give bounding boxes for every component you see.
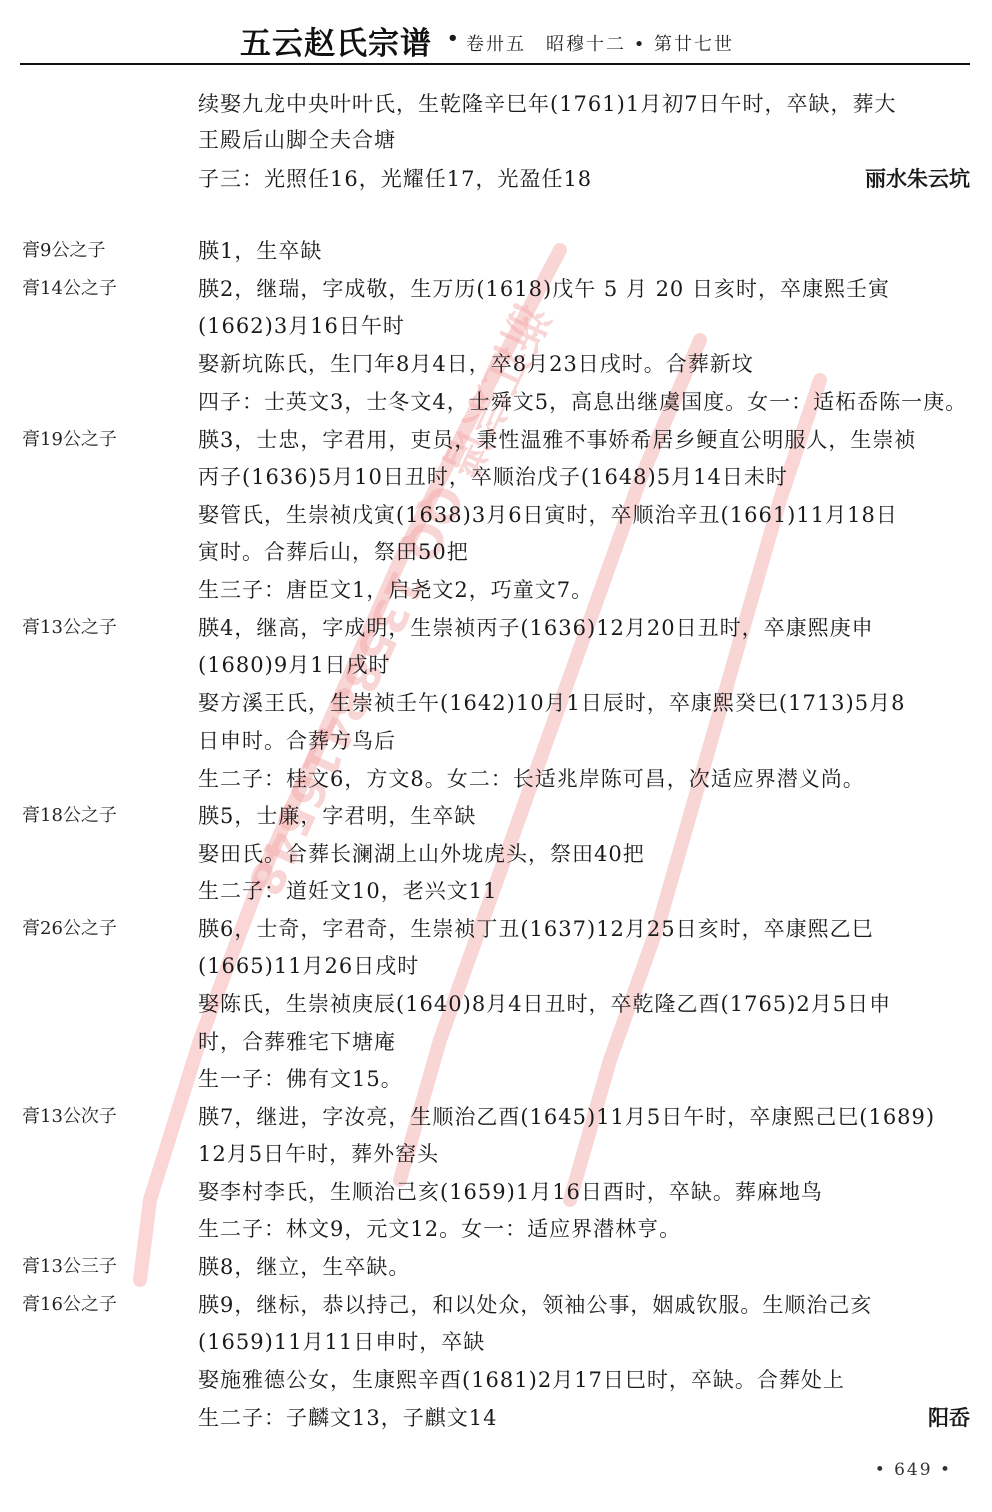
text-line: 12月5日午时，葬外窑头 <box>198 1138 439 1170</box>
header-rule <box>20 63 970 65</box>
text-line: 生三子：唐臣文1，启尧文2，巧童文7。 <box>198 574 593 606</box>
lineage-label: 膏19公之子 <box>22 424 117 456</box>
watermark: 浙江宗谱 QQ 13588416548 <box>0 0 992 1512</box>
text-line: 朠8，继立，生卒缺。 <box>198 1251 410 1283</box>
page-number: • 649 • <box>875 1460 952 1480</box>
text-line: 朠6，士奇，字君奇，生崇祯丁丑(1637)12月25日亥时，卒康熙乙巳 <box>198 913 874 945</box>
text-line: 娶施雅德公女，生康熙辛酉(1681)2月17日巳时，卒缺。合葬处上 <box>198 1364 845 1396</box>
text-line: (1659)11月11日申时，卒缺 <box>198 1326 485 1358</box>
text-line: 子三：光照任16，光耀任17，光盈任18 <box>198 163 592 195</box>
text-line: 生二子：子麟文13，子麒文14 <box>198 1402 497 1434</box>
title-separator: • <box>447 28 459 49</box>
text-line: 生二子：桂文6，方文8。女二：长适兆岸陈可昌，次适应界潜义尚。 <box>198 763 865 795</box>
lineage-label: 膏26公之子 <box>22 913 117 945</box>
text-line: 娶管氏，生崇祯戊寅(1638)3月6日寅时，卒顺治辛丑(1661)11月18日 <box>198 499 898 531</box>
text-line: 生二子：道妊文10，老兴文11 <box>198 875 497 907</box>
text-line: 朠7，继进，字汝亮，生顺治乙酉(1645)11月5日午时，卒康熙己巳(1689) <box>198 1101 935 1133</box>
text-line: 寅时。合葬后山，祭田50把 <box>198 536 469 568</box>
text-line: 娶陈氏，生崇祯庚辰(1640)8月4日丑时，卒乾隆乙酉(1765)2月5日申 <box>198 988 891 1020</box>
text-line: (1680)9月1日戌时 <box>198 649 391 681</box>
page-subtitle: 卷卅五 昭穆十二 • 第廿七世 <box>466 30 734 56</box>
text-line: 朠1，生卒缺 <box>198 235 322 267</box>
text-line: 朠4，继高，字成明，生崇祯丙子(1636)12月20日丑时，卒康熙庚申 <box>198 612 874 644</box>
lineage-label: 膏14公之子 <box>22 273 117 305</box>
lineage-label: 膏16公之子 <box>22 1289 117 1321</box>
text-line: 日申时。合葬方鸟后 <box>198 725 396 757</box>
lineage-label: 膏9公之子 <box>22 235 105 267</box>
text-line: 朠5，士廉，字君明，生卒缺 <box>198 800 476 832</box>
text-line: 娶李村李氏，生顺治己亥(1659)1月16日酉时，卒缺。葬麻地鸟 <box>198 1176 823 1208</box>
text-line: 娶田氏。合葬长澜湖上山外垅虎头，祭田40把 <box>198 838 645 870</box>
text-line: (1665)11月26日戌时 <box>198 950 419 982</box>
lineage-label: 膏13公之子 <box>22 612 117 644</box>
place-name: 丽水朱云坑 <box>865 163 970 195</box>
page-title: 五云赵氏宗谱 <box>240 18 432 63</box>
lineage-label: 膏13公次子 <box>22 1101 117 1133</box>
page-header: 五云赵氏宗谱 • 卷卅五 昭穆十二 • 第廿七世 <box>0 0 992 66</box>
text-line: (1662)3月16日午时 <box>198 310 405 342</box>
lineage-label: 膏13公三子 <box>22 1251 117 1283</box>
text-line: 四子：士英文3，士冬文4，士舜文5，高息出继虞国度。女一：适柘岙陈一庚。 <box>198 386 967 418</box>
text-line: 朠3，士忠，字君用，吏员，秉性温雅不事娇希居乡鲠直公明服人，生崇祯 <box>198 424 916 456</box>
text-line: 续娶九龙中央叶叶氏，生乾隆辛巳年(1761)1月初7日午时，卒缺，葬大 <box>198 88 897 120</box>
text-line: 朠9，继标，恭以持己，和以处众，领袖公事，姻戚钦服。生顺治己亥 <box>198 1289 872 1321</box>
place-name: 阳岙 <box>928 1402 970 1434</box>
lineage-label: 膏18公之子 <box>22 800 117 832</box>
text-line: 朠2，继瑞，字成敬，生万历(1618)戊午 5 月 20 日亥时，卒康熙壬寅 <box>198 273 890 305</box>
text-line: 生一子：佛有文15。 <box>198 1063 403 1095</box>
text-line: 娶方溪王氏，生崇祯壬午(1642)10月1日辰时，卒康熙癸巳(1713)5月8 <box>198 687 905 719</box>
text-line: 丙子(1636)5月10日丑时，卒顺治戊子(1648)5月14日未时 <box>198 461 788 493</box>
text-line: 生二子：林文9，元文12。女一：适应界潜林亨。 <box>198 1213 681 1245</box>
text-line: 时，合葬雅宅下塘庵 <box>198 1026 396 1058</box>
text-line: 娶新坑陈氏，生冂年8月4日，卒8月23日戌时。合葬新坟 <box>198 348 754 380</box>
text-line: 王殿后山脚仝夫合塘 <box>198 124 396 156</box>
